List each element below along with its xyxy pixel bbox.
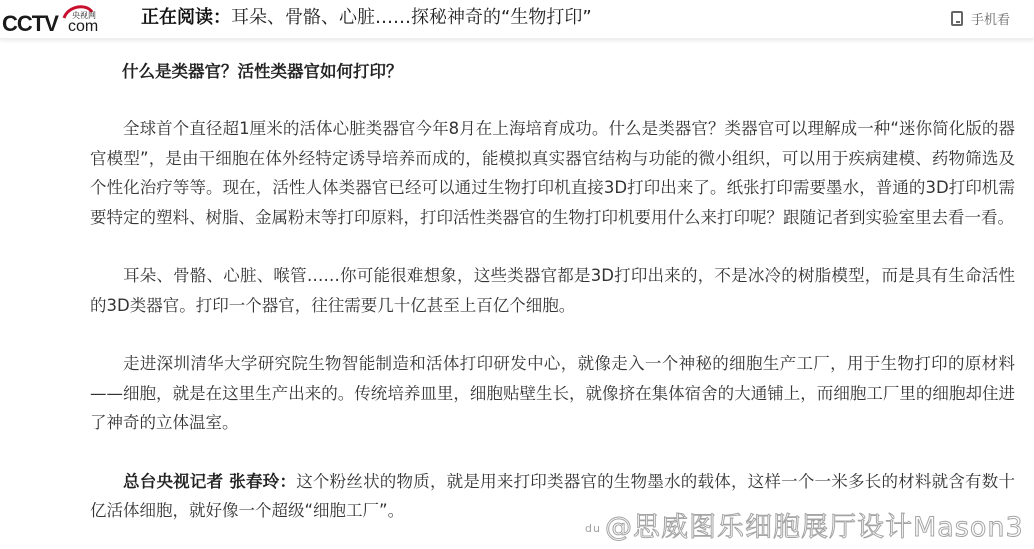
paragraph: 耳朵、骨骼、心脏、喉管……你可能很难想象，这些类器官都是3D打印出来的，不是冰冷… bbox=[90, 261, 1015, 320]
platform-badge-icon: du bbox=[585, 522, 601, 535]
watermark-text: @思威图乐细胞展厅设计Mason3 bbox=[605, 512, 1024, 543]
watermark: du@思威图乐细胞展厅设计Mason3 bbox=[585, 505, 1024, 544]
svg-text:ССTV: ССTV bbox=[2, 11, 59, 34]
section-heading: 什么是类器官？活性类器官如何打印？ bbox=[122, 60, 1015, 84]
now-reading: 正在阅读：耳朵、骨骼、心脏……探秘神奇的“生物打印” bbox=[141, 6, 592, 30]
paragraph: 全球首个直径超1厘米的活体心脏类器官今年8月在上海培育成功。什么是类器官？类器官… bbox=[90, 114, 1015, 232]
mobile-phone-icon bbox=[951, 11, 963, 26]
top-bar: ССTV com 央视网 正在阅读：耳朵、骨骼、心脏……探秘神奇的“生物打印” … bbox=[0, 0, 1034, 39]
cctv-logo[interactable]: ССTV com 央视网 bbox=[2, 4, 110, 34]
article-body: 什么是类器官？活性类器官如何打印？ 全球首个直径超1厘米的活体心脏类器官今年8月… bbox=[90, 52, 1015, 526]
article-title[interactable]: 耳朵、骨骼、心脏……探秘神奇的“生物打印” bbox=[231, 7, 592, 28]
mobile-view-button[interactable]: 手机看 bbox=[951, 9, 1010, 28]
mobile-view-label: 手机看 bbox=[971, 9, 1010, 28]
paragraph: 走进深圳清华大学研究院生物智能制造和活体打印研发中心，就像走入一个神秘的细胞生产… bbox=[90, 349, 1015, 438]
svg-text:央视网: 央视网 bbox=[72, 10, 96, 20]
quote-speaker: 总台央视记者 张春玲： bbox=[123, 472, 296, 491]
now-reading-label: 正在阅读： bbox=[141, 7, 231, 28]
cctv-logo-icon: ССTV com 央视网 bbox=[2, 4, 110, 34]
svg-text:com: com bbox=[68, 18, 98, 34]
